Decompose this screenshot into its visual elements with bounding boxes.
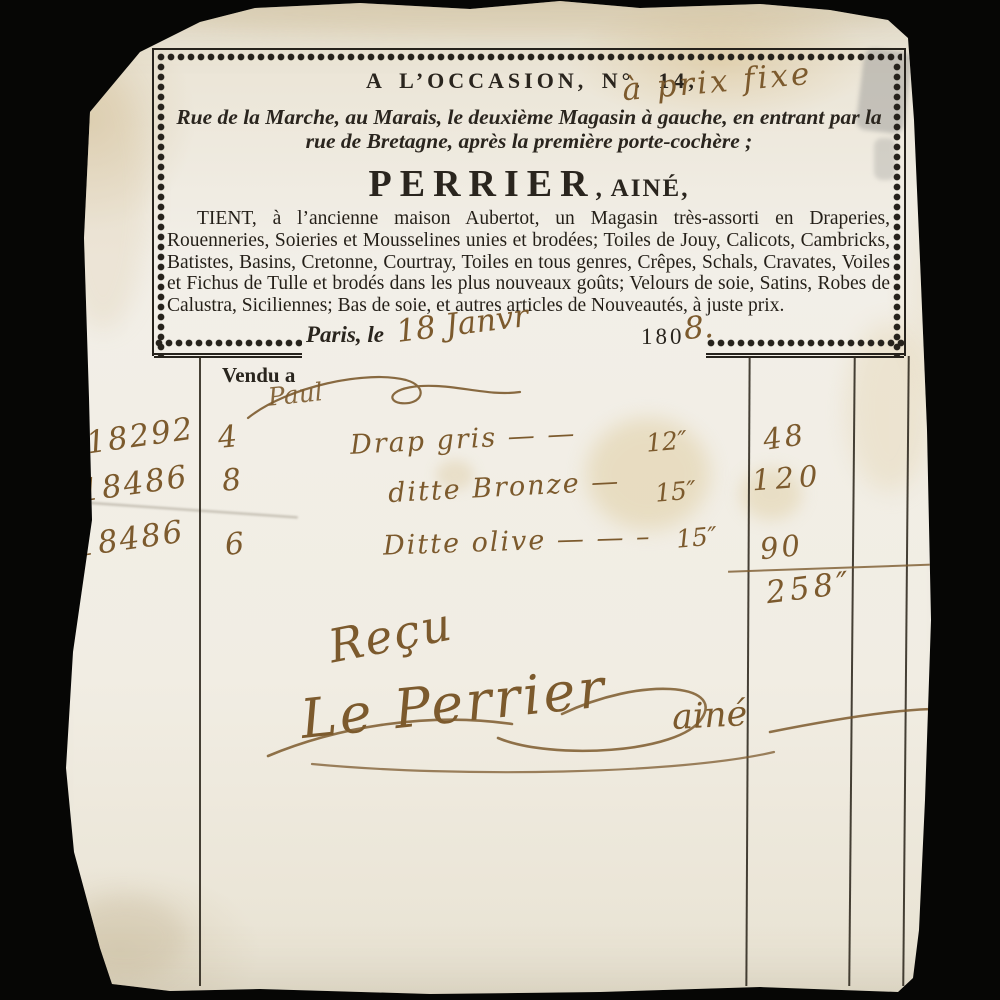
row1-amount: 48 xyxy=(761,417,808,457)
bead-border-left xyxy=(156,62,166,356)
row3-price: 15″ xyxy=(675,521,719,553)
column-rule-1 xyxy=(199,356,201,986)
total-amount: 258″ xyxy=(764,565,854,611)
bead-border-right xyxy=(892,62,902,356)
merchant-description: TIENT, à l’ancienne maison Aubertot, un … xyxy=(167,208,890,317)
printed-year: 180 xyxy=(641,324,685,350)
handwritten-year-digit: 8. xyxy=(683,309,715,347)
stain-left-edge xyxy=(58,70,148,330)
merchant-suffix: , AINÉ, xyxy=(596,175,690,202)
printed-notice-frame: A L’OCCASION, N°. 14, à prix fixe Rue de… xyxy=(152,48,906,356)
row2-ref: 18486 xyxy=(78,459,191,510)
address-line: Rue de la Marche, au Marais, le deuxième… xyxy=(167,105,891,153)
handwritten-a-prix-fixe: à prix fixe xyxy=(621,56,814,108)
stain-top-band xyxy=(150,0,890,36)
date-prefix: Paris, le xyxy=(306,322,384,348)
column-rule-4 xyxy=(902,356,909,986)
row1-price: 12″ xyxy=(645,425,689,457)
row2-description: ditte Bronze — xyxy=(387,466,621,509)
row3-qty: 6 xyxy=(223,526,246,563)
row1-qty: 4 xyxy=(216,419,239,456)
column-rule-2 xyxy=(745,356,750,986)
received-word: Reçu xyxy=(324,597,457,674)
signature-ink-flourish xyxy=(250,684,960,784)
row3-ref: 18486 xyxy=(74,514,187,565)
row3-description: Ditte olive — — – xyxy=(383,521,652,561)
row2-price: 15″ xyxy=(654,475,698,507)
row2-amount: 120 xyxy=(751,459,824,498)
row1-ref: 18292 xyxy=(84,411,197,462)
merchant-name-line: PERRIER, AINÉ, xyxy=(154,162,904,206)
photo-background: A L’OCCASION, N°. 14, à prix fixe Rue de… xyxy=(0,0,1000,1000)
bead-border-bottom-left xyxy=(154,339,302,358)
row2-qty: 8 xyxy=(220,462,243,499)
stain-bottom-left xyxy=(66,896,186,980)
invoice-paper: A L’OCCASION, N°. 14, à prix fixe Rue de… xyxy=(0,0,1000,1000)
column-rule-3 xyxy=(848,356,855,986)
bead-border-bottom-right xyxy=(706,339,904,358)
row3-amount: 90 xyxy=(758,528,804,566)
customer-name: Paul xyxy=(267,377,324,412)
merchant-name: PERRIER xyxy=(369,163,596,205)
